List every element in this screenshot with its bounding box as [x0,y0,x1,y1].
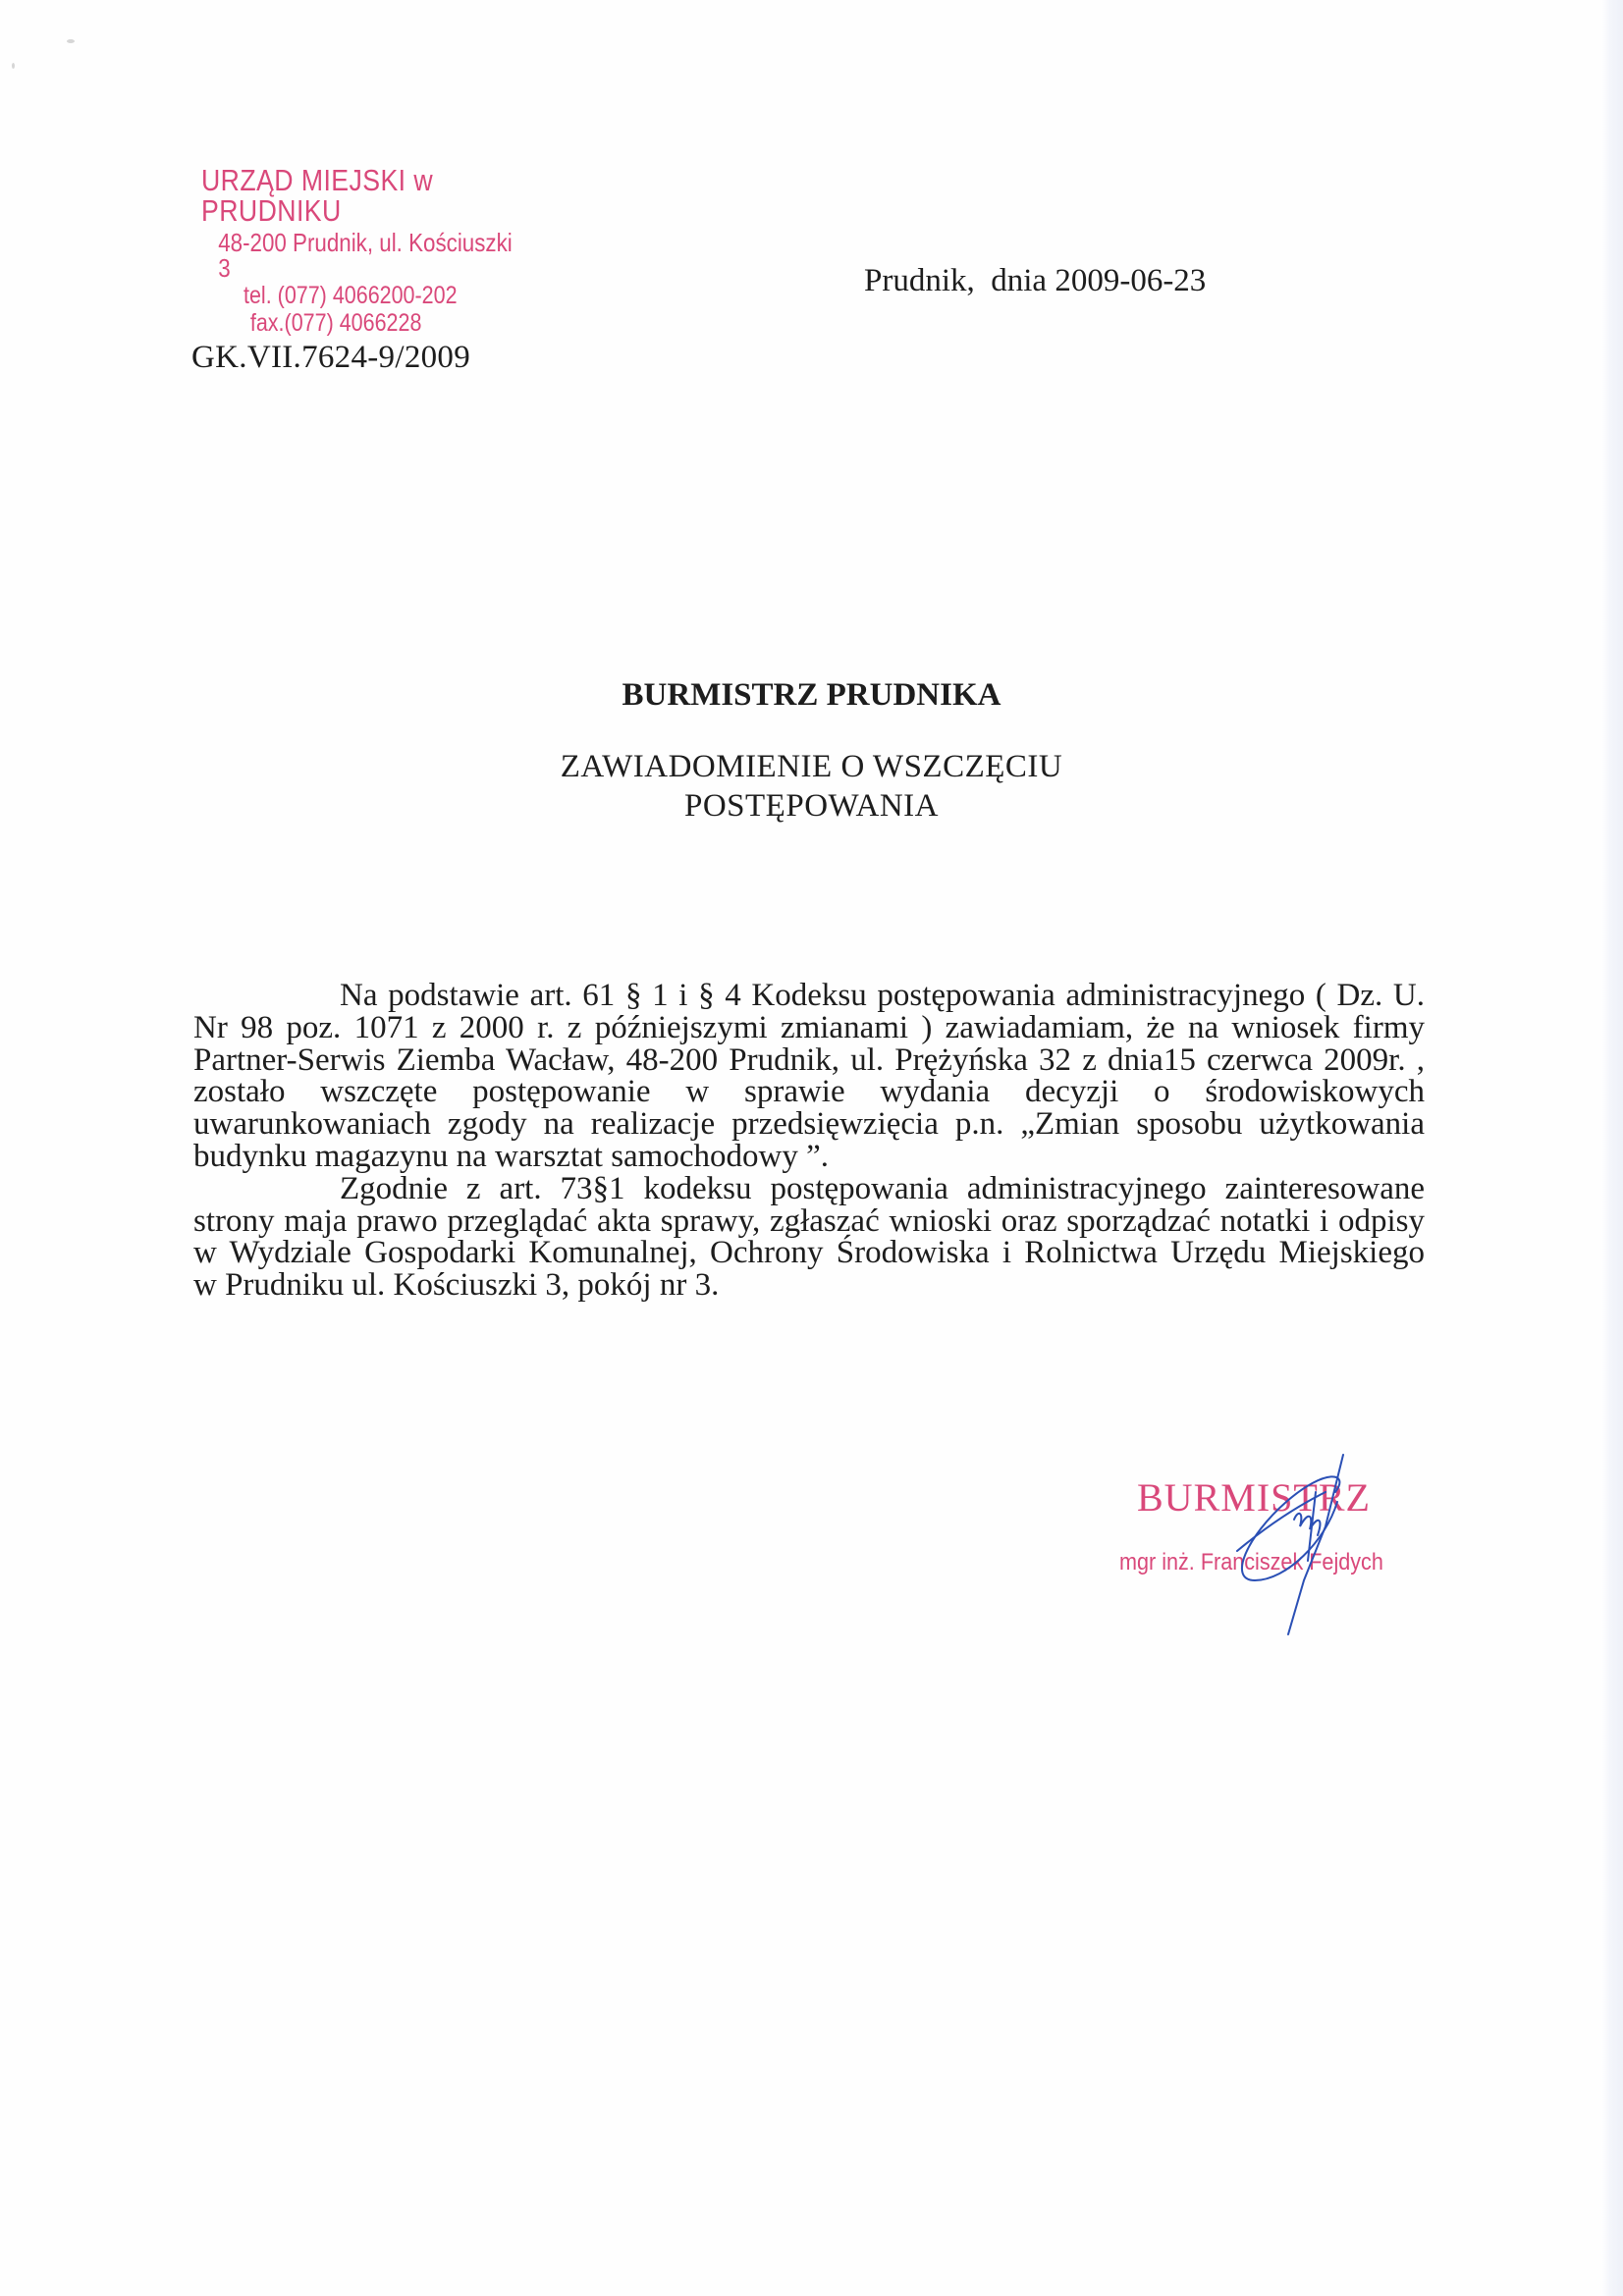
scan-speck [67,39,75,43]
body-line: uwarunkowaniach zgody na realizacje prze… [193,1108,1425,1141]
body-text: Na podstawie art. 61 § 1 i § 4 Kodeksu p… [193,980,1425,1302]
body-line: w Wydziale Gospodarki Komunalnej, Ochron… [193,1237,1425,1269]
stamp-address: 48-200 Prudnik, ul. Kościuszki 3 [218,230,522,281]
body-line: Zgodnie z art. 73§1 kodeksu postępowania… [193,1173,1425,1205]
document-title-line-2: POSTĘPOWANIA [0,786,1623,826]
body-line: Partner-Serwis Ziemba Wacław, 48-200 Pru… [193,1044,1425,1077]
office-stamp: URZĄD MIEJSKI w PRUDNIKU 48-200 Prudnik,… [201,165,522,336]
body-line: Nr 98 poz. 1071 z 2000 r. z późniejszymi… [193,1012,1425,1044]
issuing-authority: BURMISTRZ PRUDNIKA [0,677,1623,714]
body-line: w Prudniku ul. Kościuszki 3, pokój nr 3. [193,1269,1425,1302]
body-line: Na podstawie art. 61 § 1 i § 4 Kodeksu p… [193,980,1425,1012]
stamp-fax: fax.(077) 4066228 [250,311,522,336]
scan-edge [1601,0,1623,2296]
body-line: zostało wszczęte postępowanie w sprawie … [193,1076,1425,1108]
body-line: strony maja prawo przeglądać akta sprawy… [193,1205,1425,1238]
scan-speck [12,63,15,69]
document-page: URZĄD MIEJSKI w PRUDNIKU 48-200 Prudnik,… [0,0,1623,2296]
document-title-line-1: ZAWIADOMIENIE O WSZCZĘCIU [0,747,1623,786]
place-and-date: Prudnik, dnia 2009-06-23 [864,263,1206,299]
stamp-office-name: URZĄD MIEJSKI w PRUDNIKU [201,165,522,226]
document-title: ZAWIADOMIENIE O WSZCZĘCIU POSTĘPOWANIA [0,747,1623,826]
reference-number: GK.VII.7624-9/2009 [191,340,470,376]
handwritten-signature-icon [1178,1433,1394,1649]
stamp-phone: tel. (077) 4066200-202 [243,284,522,308]
body-line: budynku magazynu na warsztat samochodowy… [193,1141,1425,1173]
